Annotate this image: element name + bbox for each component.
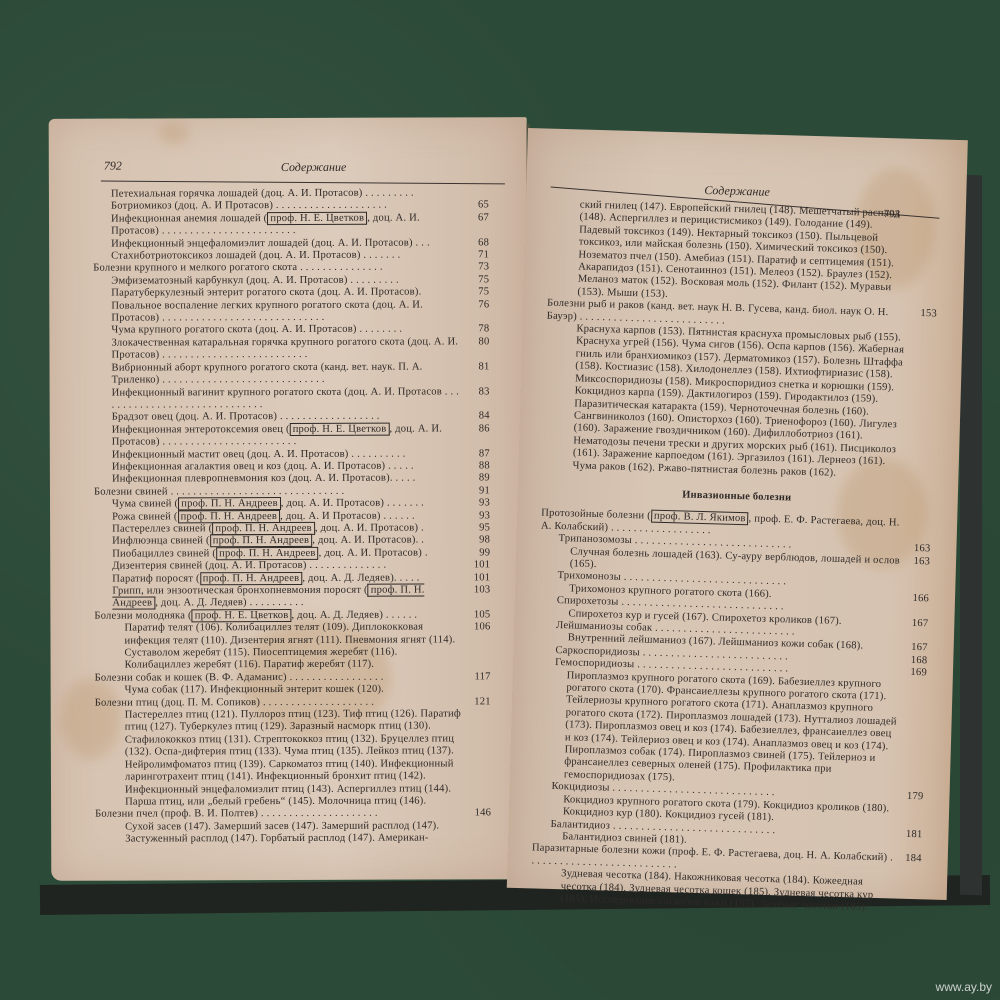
toc-entry: Инфекционная энтеротоксемия овец (проф. … (94, 423, 490, 449)
entry-page-number: 106 (474, 622, 491, 634)
entry-page-number: 75 (478, 287, 489, 299)
entry-page-number: 68 (478, 237, 489, 249)
toc-subentry-list: Пастереллез птиц (121). Пуллороз птиц (1… (95, 708, 491, 809)
boxed-author: проф. Н. Е. Цветков (192, 609, 292, 622)
left-page: 792 Содержание Петехиальная горячка лоша… (49, 117, 530, 881)
entry-title: Брадзот овец (доц. А. И. Протасов) . . .… (112, 411, 380, 423)
entry-page-number: 117 (474, 671, 490, 683)
entry-title: Вибрионный аборт крупного рогатого скота… (112, 361, 423, 385)
page-header: Содержание (281, 160, 347, 175)
section-title: Инвазионные болезни (542, 485, 932, 508)
entry-page-number: 167 (912, 618, 929, 631)
entry-page-number: 65 (478, 200, 489, 212)
entry-page-number: 181 (906, 828, 923, 841)
toc-subentry-list: Сухой засев (147). Замерший засев (147).… (95, 820, 491, 846)
entry-authors: , доц. А. И. Протасов) . (315, 522, 424, 533)
entry-title: Эмфизематозный карбункул (доц. А. И. Про… (111, 274, 399, 286)
entry-title: Болезни свиней . . . . . . . . . . . . .… (94, 486, 344, 498)
toc-entry: Вибрионный аборт крупного рогатого скота… (94, 361, 490, 387)
watermark: www.ay.by (936, 980, 992, 994)
entry-page-number: 67 (478, 212, 489, 224)
paper-stain (159, 122, 189, 144)
entry-authors: , доц. А. Д. Ледяев). . . . . (302, 572, 419, 583)
entry-authors: , доц. А. И. Протасов) . . . . . . . (281, 498, 424, 509)
entry-title: Краснуха карпов (153). Пятнистая краснух… (572, 323, 904, 478)
boxed-author: проф. П. Н. Андреев (178, 497, 281, 510)
entry-page-number: 105 (474, 609, 491, 621)
page-header: Содержание (704, 183, 770, 200)
page-number: 792 (104, 159, 122, 174)
entry-page-number: 93 (479, 497, 490, 509)
entry-page-number: 184 (905, 853, 922, 866)
entry-title: Болезни пчел (проф. В. И. Полтев) . . . … (95, 808, 378, 820)
right-page: Содержание 793 ский гнилец (147). Европе… (507, 128, 968, 900)
entry-title: Пироплазмоз крупного рогатого скота (169… (564, 670, 897, 783)
entry-page-number: 83 (479, 386, 490, 398)
entry-title: Грипп, или энзоотическая бронхопневмония… (112, 585, 367, 597)
toc-entry: Инфекционный вагинит крупного рогатого с… (94, 386, 490, 412)
entry-authors: , доц. А. И Протасов) . . . . . . (280, 510, 415, 521)
entry-page-number: 93 (479, 510, 490, 522)
toc-entry: Повальное воспаление легких крупного рог… (93, 299, 489, 325)
entry-title: Чума собак (117). Инфекционный энтерит к… (125, 684, 384, 696)
entry-title: Инфекционная плевропневмония коз (доц. А… (112, 473, 416, 485)
entry-authors: , доц. А. Д. Ледяев) . . . . . . . . . . (155, 597, 304, 609)
toc-subentry-list: Краснуха карпов (153). Пятнистая краснух… (542, 323, 936, 483)
entry-title: Инфекционная энтеротоксемия овец ( (112, 424, 290, 436)
entry-title: Дизентерия свиней (доц. А. И. Протасов) … (112, 560, 386, 572)
entry-page-number: 88 (479, 460, 490, 472)
entry-title: Болезни птиц (доц. П. М. Сопиков) . . . … (95, 696, 374, 708)
entry-page-number: 101 (474, 572, 491, 584)
entry-title: Болезни молодняка ( (94, 610, 191, 621)
toc-list: ский гнилец (147). Европейский гнилец (1… (530, 199, 940, 916)
entry-title: Паратиф поросят ( (112, 573, 200, 584)
entry-title: Рожа свиней ( (112, 511, 178, 522)
entry-page-number: 89 (479, 473, 490, 485)
toc-entry: Инфекционная анемия лошадей (проф. Н. Е.… (93, 212, 489, 238)
entry-title: Сухой засев (147). Замерший засев (147).… (125, 820, 439, 845)
entry-page-number: 101 (474, 559, 491, 571)
toc-subentry-list: Пироплазмоз крупного рогатого скота (169… (534, 669, 927, 792)
entry-title: ский гнилец (147). Европейский гнилец (1… (577, 199, 900, 299)
entry-title: Пиобациллез свиней ( (112, 548, 216, 559)
entry-page-number: 146 (475, 808, 492, 820)
toc-subentry-list: ский гнилец (147). Европейский гнилец (1… (547, 199, 940, 309)
boxed-author: проф. Н. Е. Цветков (267, 212, 367, 225)
boxed-author: проф. П. Н. Андреев (210, 534, 313, 547)
entry-authors: , доц. А. И. Протасов) . (319, 547, 428, 558)
entry-page-number: 81 (479, 361, 490, 373)
entry-title: Повальное воспаление легких крупного рог… (111, 299, 423, 323)
entry-title: Стахиботриотоксикоз лошадей (доц. А. И. … (111, 250, 400, 262)
entry-page-number: 95 (479, 522, 490, 534)
toc-subentry-list: Паратиф телят (106). Колибациллез телят … (94, 622, 490, 673)
entry-page-number: 84 (479, 411, 490, 423)
entry-page-number: 163 (913, 555, 930, 568)
entry-page-number: 86 (479, 423, 490, 435)
entry-authors: , доц. А. Д. Ледяев) . . . . . . (291, 609, 417, 620)
entry-page-number: 71 (478, 249, 489, 261)
entry-page-number: 163 (914, 543, 931, 556)
entry-page-number: 121 (474, 696, 491, 708)
entry-page-number: 75 (478, 274, 489, 286)
entry-page-number: 98 (479, 535, 490, 547)
entry-title: Ботриомикоз (доц. А. И Протасов) . . . .… (111, 200, 387, 212)
entry-page-number: 78 (478, 324, 489, 336)
entry-page-number: 99 (479, 547, 490, 559)
entry-page-number: 80 (478, 336, 489, 348)
entry-page-number: 179 (907, 791, 924, 804)
entry-title: Инфекционная анемия лошадей ( (111, 213, 267, 225)
boxed-author: проф. П. Н. Андреев (200, 572, 303, 585)
boxed-author: проф. П. Н. Андреев (212, 522, 315, 535)
entry-title: Инфекционная агалактия овец и коз (доц. … (112, 461, 414, 473)
entry-page-number: 87 (479, 448, 490, 460)
entry-page-number: 153 (920, 308, 937, 321)
entry-title: Болезни крупного и мелкого рогатого скот… (93, 262, 383, 274)
entry-title: Инфлюэнца свиней ( (112, 536, 210, 547)
header-rule (101, 181, 505, 185)
entry-title: Зудневая чесотка (184). Накожниковая чес… (560, 868, 873, 912)
entry-page-number: 168 (911, 655, 928, 668)
entry-title: Инфекционный энцефаломиэлит лошадей (доц… (111, 237, 430, 249)
entry-title: Пастереллез птиц (121). Пуллороз птиц (1… (125, 708, 461, 807)
toc-list: Петехиальная горячка лошадей (доц. А. И.… (93, 187, 491, 846)
entry-title: Инфекционный мастит овец (доц. А. И. Про… (112, 448, 406, 460)
entry-page-number: 73 (478, 262, 489, 274)
entry-title: Петехиальная горячка лошадей (доц. А. И.… (111, 188, 414, 200)
entry-page-number: 91 (479, 485, 490, 497)
entry-title: Паратиф телят (106). Колибациллез телят … (124, 622, 455, 671)
entry-title: Болезни собак и кошек (В. Ф. Адаманис) .… (95, 672, 384, 684)
entry-title: Паратуберкулезный энтерит рогатого скота… (111, 287, 421, 299)
entry-page-number: 169 (910, 667, 927, 680)
boxed-author: проф. П. Н. Андреев (216, 547, 319, 560)
toc-entry: Грипп, или энзоотическая бронхопневмония… (94, 584, 490, 610)
entry-title: Инфекционный вагинит крупного рогатого с… (112, 386, 459, 411)
entry-title: Злокачественная катаральная горячка круп… (111, 336, 458, 361)
entry-page-number: 76 (478, 299, 489, 311)
boxed-author: проф. П. Н. Андреев (178, 510, 281, 523)
entry-title: Чума свиней ( (112, 499, 178, 510)
entry-authors: , доц. А. И. Протасов). . (312, 535, 424, 546)
entry-page-number: 166 (912, 593, 929, 606)
toc-entry: Злокачественная катаральная горячка круп… (93, 336, 489, 362)
entry-page-number: 103 (474, 584, 491, 596)
entry-title: Пастереллез свиней ( (112, 523, 212, 534)
entry-title: Чума крупного рогатого скота (доц. А. И.… (111, 324, 402, 336)
entry-page-number: 167 (911, 642, 928, 655)
boxed-author: проф. Н. Е. Цветков (290, 422, 390, 435)
